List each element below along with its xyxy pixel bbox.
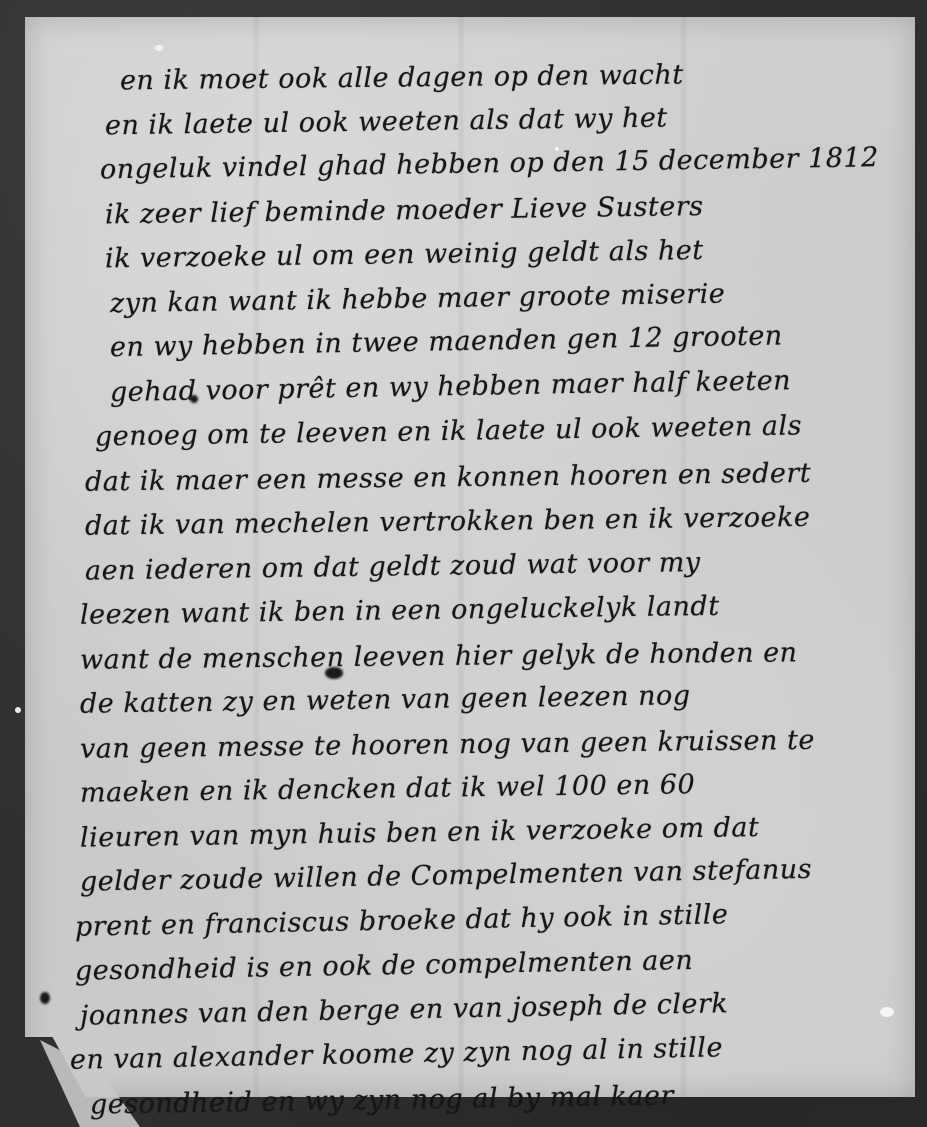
paper-speck — [15, 707, 21, 713]
paper-speck — [155, 45, 163, 51]
letter-text: en ik moet ook alle dagen op den wacht e… — [60, 60, 900, 1127]
ink-blot — [40, 992, 50, 1004]
